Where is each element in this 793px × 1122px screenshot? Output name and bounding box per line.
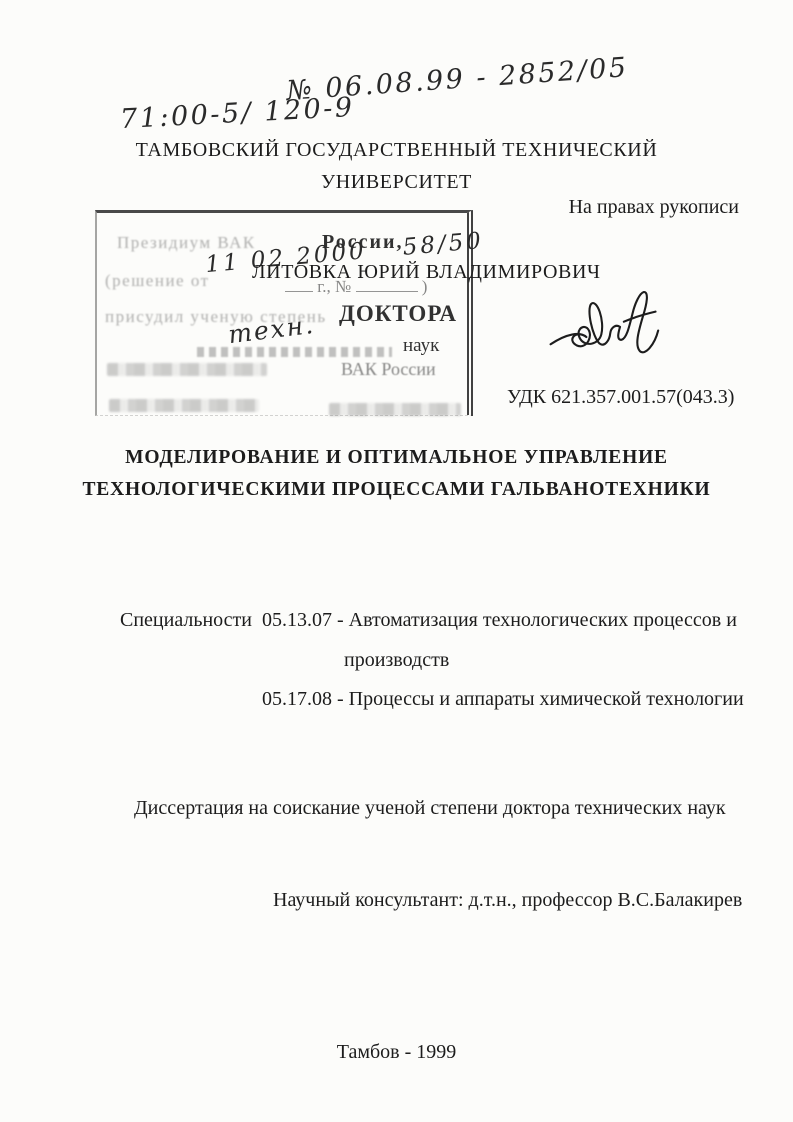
stamp-decision-text: (решение от <box>105 271 210 291</box>
stamp-illegible-bottom-left <box>109 399 259 412</box>
specialty-1-code: 05.13.07 <box>262 609 332 631</box>
handwritten-registry-number-2: 71:00-5/ 120-9 <box>119 92 355 135</box>
specialties-label: Специальности <box>120 609 252 632</box>
stamp-illegible-line-left <box>107 363 267 376</box>
stamp-vak-russia-text: ВАК России <box>341 359 436 380</box>
udc-code: УДК 621.357.001.57(043.3) <box>507 386 734 409</box>
scientific-consultant-line: Научный консультант: д.т.н., профессор В… <box>273 889 742 912</box>
specialty-2: 05.17.08 - Процессы и аппараты химическо… <box>262 688 744 711</box>
university-name-line2: УНИВЕРСИТЕТ <box>0 171 793 194</box>
dissertation-statement: Диссертация на соискание ученой степени … <box>134 797 726 820</box>
manuscript-rights-note: На правах рукописи <box>569 196 739 219</box>
author-name: ЛИТОВКА ЮРИЙ ВЛАДИМИРОВИЧ <box>252 261 601 284</box>
university-name-line1: ТАМБОВСКИЙ ГОСУДАРСТВЕННЫЙ ТЕХНИЧЕСКИЙ <box>0 139 793 162</box>
scanned-title-page: № 06.08.99 - 2852/05 71:00-5/ 120-9 ТАМБ… <box>0 0 793 1122</box>
author-signature <box>545 284 688 369</box>
stamp-doctor-text: ДОКТОРА <box>339 301 457 327</box>
stamp-nauk-text: наук <box>403 335 439 357</box>
specialty-1-text: - Автоматизация технологических процессо… <box>337 609 737 631</box>
city-year-footer: Тамбов - 1999 <box>0 1041 793 1064</box>
specialty-2-code: 05.17.08 <box>262 688 332 710</box>
specialty-1: 05.13.07 - Автоматизация технологических… <box>262 609 737 632</box>
specialty-2-text: - Процессы и аппараты химической техноло… <box>337 688 744 710</box>
dissertation-title-line2: ТЕХНОЛОГИЧЕСКИМИ ПРОЦЕССАМИ ГАЛЬВАНОТЕХН… <box>0 479 793 501</box>
specialty-1-continuation: производств <box>344 649 449 672</box>
dissertation-title-line1: МОДЕЛИРОВАНИЕ И ОПТИМАЛЬНОЕ УПРАВЛЕНИЕ <box>0 447 793 469</box>
stamp-dotted-line <box>197 347 392 357</box>
stamp-illegible-bottom-right <box>329 403 461 416</box>
